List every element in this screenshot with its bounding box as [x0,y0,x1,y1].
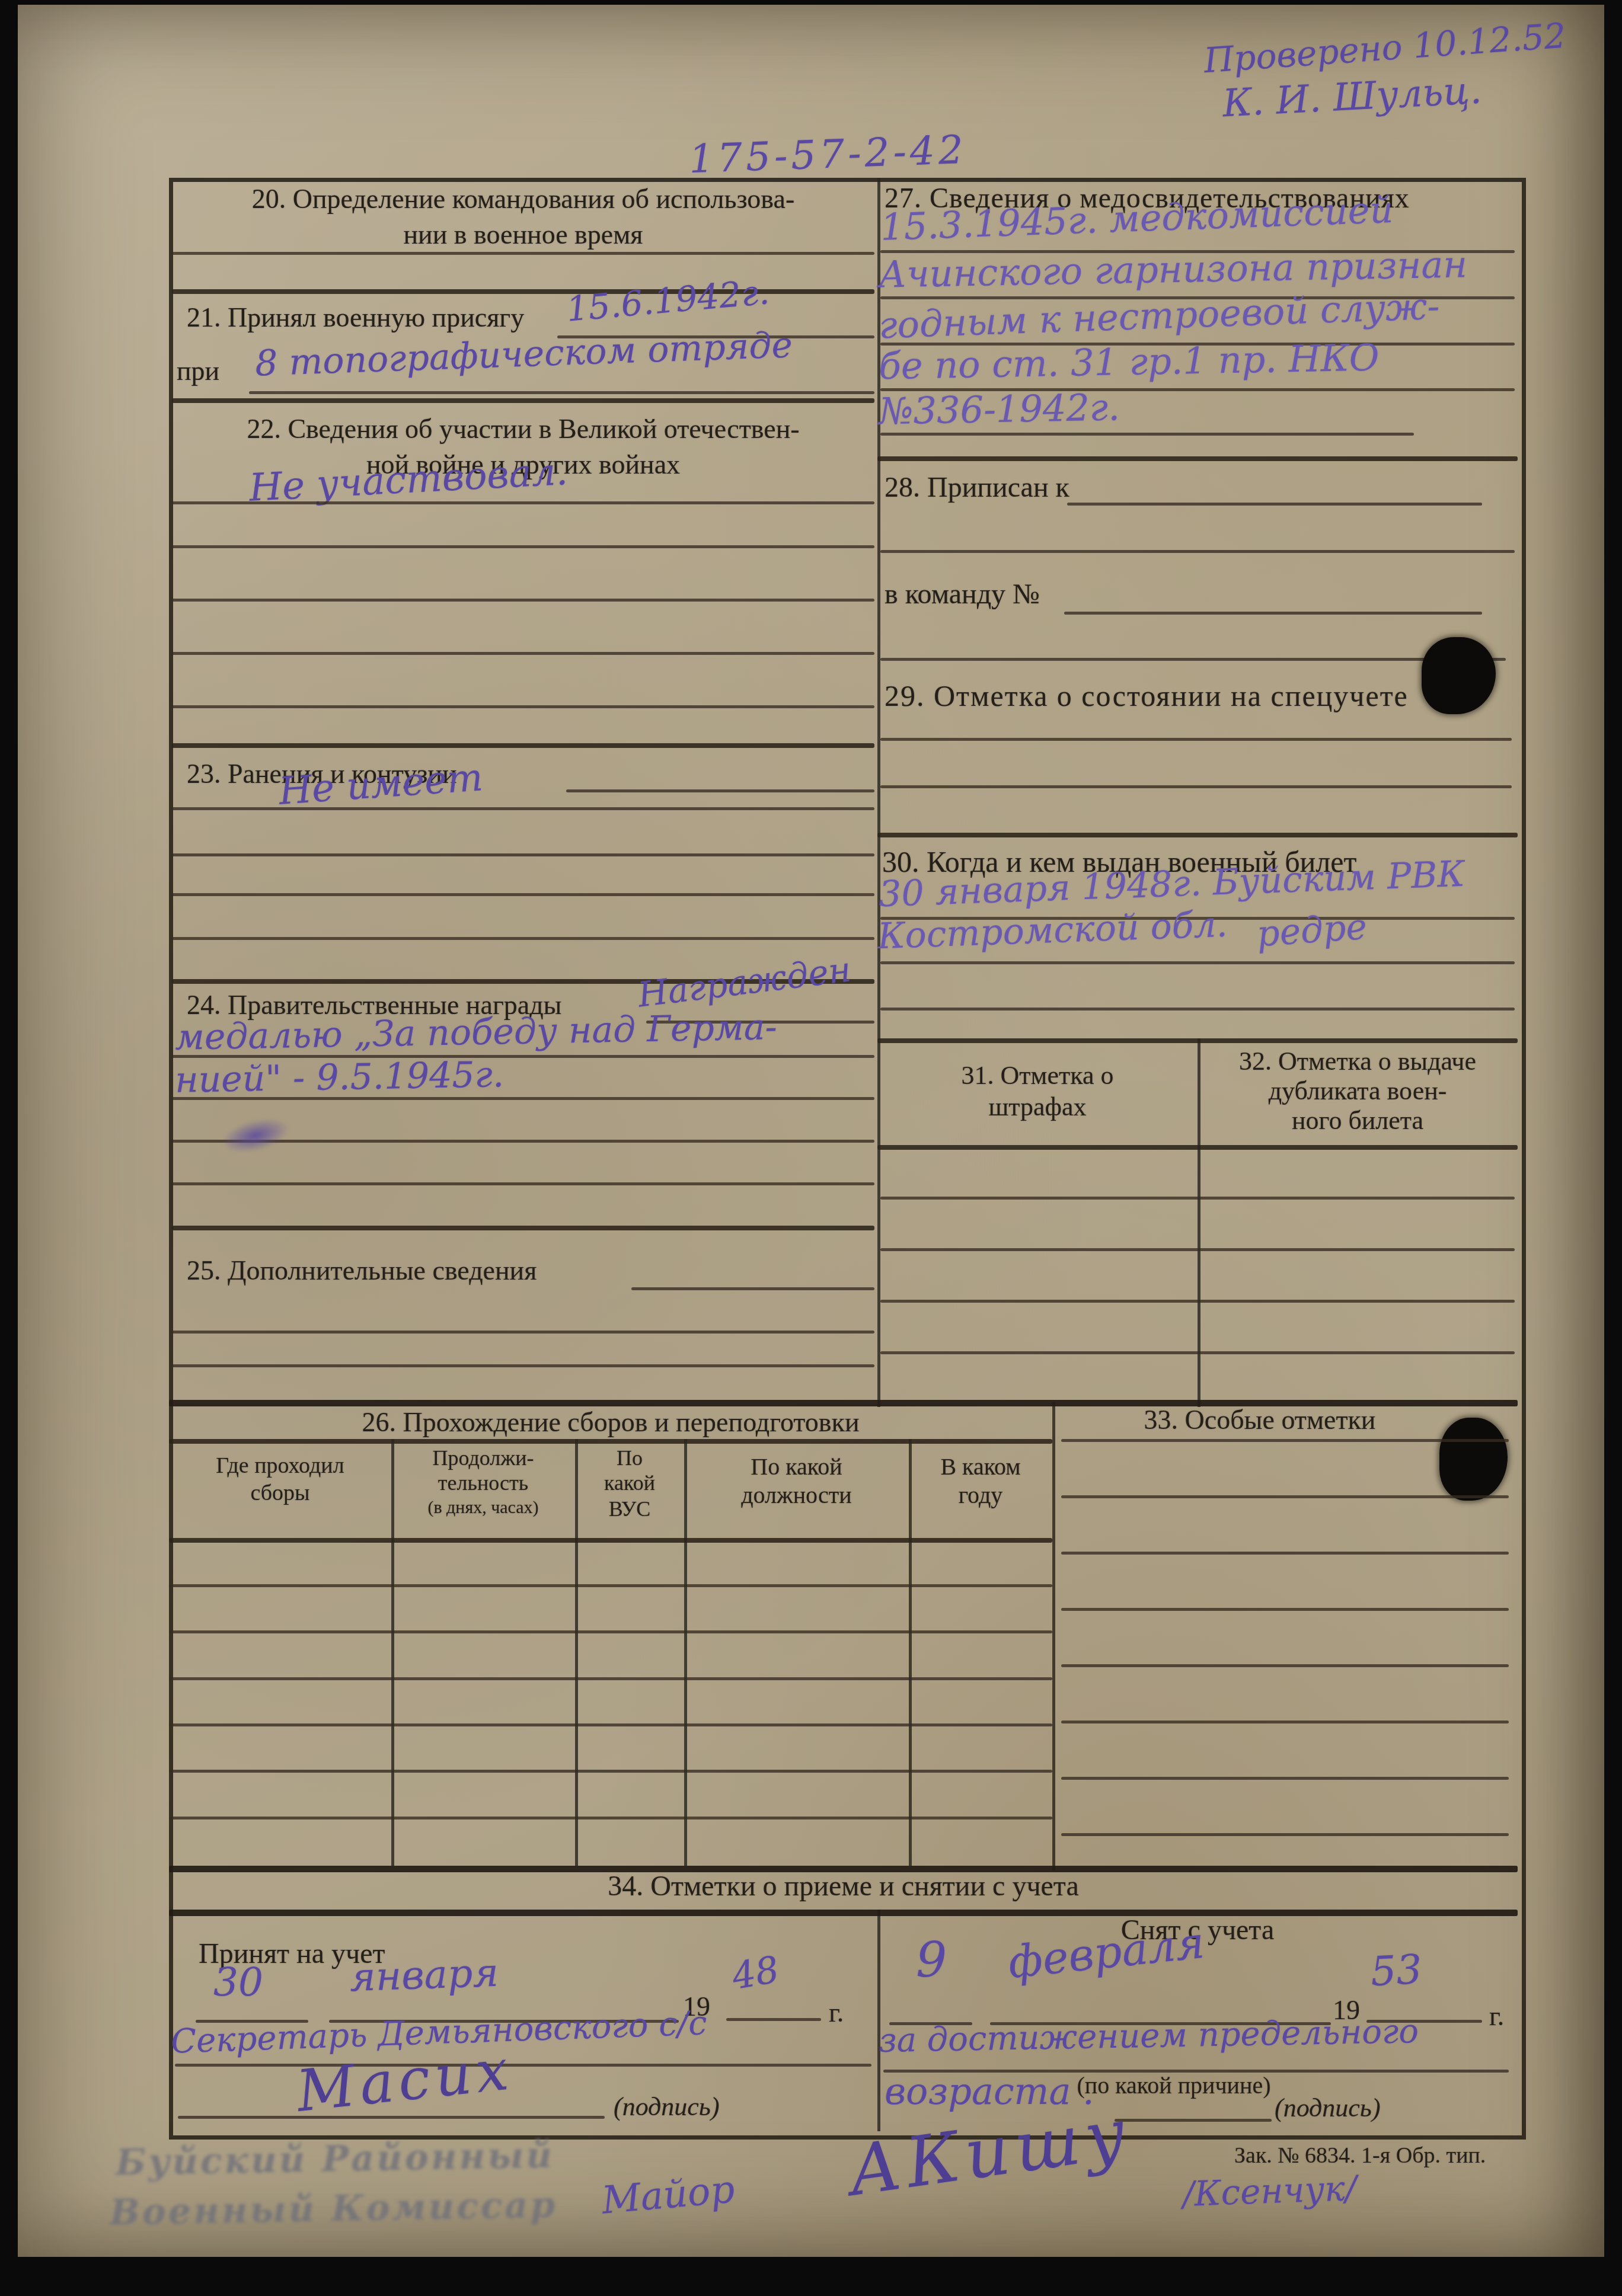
ruled-line [1061,1608,1509,1611]
registered-month-handwritten: января [349,1953,499,1998]
col-header-year-2: году [909,1483,1052,1508]
ruled-line [169,1439,1052,1444]
field-28-team-label: в команду № [885,580,1040,609]
ruled-line [249,391,874,394]
col-header-position-2: должности [684,1483,909,1508]
doc-number: 175-57-2-42 [688,130,968,179]
table-row-line [880,1300,1515,1303]
table-row-line [880,1248,1515,1251]
ruled-line [172,853,874,856]
ruled-line [172,743,874,748]
ruled-line [172,705,874,708]
ruled-line [172,1097,874,1100]
col-header-where: Где проходил [169,1454,391,1478]
field-20-title-2: нии в военное время [172,220,874,249]
table-row-line [169,1770,1052,1773]
field-24-handwritten-3: нией" - 9.5.1945г. [175,1057,505,1098]
ruled-line [880,658,1506,661]
paper: Проверено 10.12.52 К. И. Шульц. 175-57-2… [18,5,1604,2257]
table-row-line [880,1351,1515,1354]
field-30-handwritten-paraph: редре [1256,909,1368,952]
ruled-line [880,433,1414,436]
ruled-line [566,789,874,792]
rank-handwritten: Майор [601,2170,736,2220]
ruled-line [1064,612,1482,615]
registered-year-handwritten: 48 [729,1951,781,1996]
ruled-line [880,550,1515,553]
table-row-line [169,1723,1052,1726]
corner-note-line1: Проверено 10.12.52 [1203,18,1567,78]
ruled-line [172,1182,874,1185]
table-row-line [880,1197,1515,1200]
ruled-line [877,833,1518,837]
ruled-line [1061,1833,1509,1836]
ruled-line [172,599,874,602]
ruled-line [172,1364,874,1367]
ruled-line [877,1038,1518,1043]
field-32-title-2: дубликата воен- [1198,1077,1518,1105]
field-34-title: 34. Отметки о приеме и снятии с учета [169,1872,1518,1901]
secondary-signature: /Ксенчук/ [1182,2171,1357,2211]
ruled-line [172,652,874,655]
deregistered-podpis-label: (подпись) [1275,2094,1381,2122]
field-27-handwritten-4: бе по ст. 31 гр.1 пр. НКО [879,340,1380,385]
column-divider [1052,1402,1055,1870]
ruled-line [172,893,874,896]
col-header-year: В каком [909,1454,1052,1479]
table-row-line [169,1677,1052,1680]
field-32-title: 32. Отметка о выдаче [1198,1048,1518,1075]
commissariat-stamp-line1: Буйский Районный [115,2135,554,2184]
ruled-line [1061,1721,1509,1723]
field-22-title: 22. Сведения об участии в Великой отечес… [172,415,874,443]
ruled-line [172,501,874,504]
ruled-line [172,807,874,810]
deregistered-reason-handwritten-1: за достижением предельного [879,2015,1419,2058]
ruled-line [178,2116,605,2119]
col-header-duration: Продолжи- [391,1447,575,1470]
ruled-line [172,1226,874,1230]
col-header-duration-2: тельность [391,1472,575,1495]
ruled-line [877,456,1518,461]
ruled-line [1061,1777,1509,1780]
ruled-line [172,1331,874,1334]
col-header-vus-2: какой [575,1472,684,1495]
ruled-line [172,545,874,548]
ruled-line [1061,1664,1509,1667]
ruled-line [1115,2119,1272,2122]
registered-day-handwritten: 30 [213,1963,263,2002]
deregistered-day-handwritten: 9 [916,1937,947,1985]
ruled-line [175,2064,871,2067]
table-row-line [169,1817,1052,1819]
ruled-line [880,961,1515,964]
field-20-title: 20. Определение командования об использо… [172,185,874,213]
ruled-line [1061,1439,1509,1442]
field-26-title: 26. Прохождение сборов и переподготовки [169,1408,1052,1437]
col-header-position: По какой [684,1454,909,1479]
ruled-line [880,1008,1515,1011]
field-25-label: 25. Дополнительные сведения [187,1256,537,1285]
field-21-label: 21. Принял военную присягу [187,303,524,332]
ruled-line [726,2018,821,2021]
ruled-line [631,1287,874,1290]
col-header-duration-3: (в днях, часах) [391,1498,575,1517]
ruled-line [172,252,874,255]
table-row-line [169,1584,1052,1587]
col-header-vus-3: ВУС [575,1498,684,1521]
deregistered-year-suffix: г. [1489,2002,1504,2030]
commissariat-stamp-line2: Военный Комиссар [109,2184,557,2233]
field-21-at-label: при [177,357,219,385]
ruled-line [1061,1495,1509,1498]
field-28-label: 28. Приписан к [885,473,1069,503]
field-24-handwritten-2: медалью „За победу над Герма- [175,1009,778,1056]
ruled-line [172,937,874,940]
ruled-line [880,785,1512,788]
field-31-title: 31. Отметка о [877,1062,1198,1089]
col-header-where-2: сборы [169,1482,391,1505]
print-shop-note: Зак. № 6834. 1-я Обр. тип. [1234,2144,1486,2168]
field-27-handwritten-5: №336-1942г. [878,389,1120,430]
ruled-line [169,1538,1052,1543]
col-header-vus: По [575,1447,684,1470]
ruled-line [1067,503,1482,506]
field-29-title: 29. Отметка о состоянии на спецучете [885,680,1409,712]
ruled-line [1061,1552,1509,1555]
table-row-line [169,1630,1052,1633]
ruled-line [877,1145,1518,1150]
ruled-line [172,398,874,403]
corner-note-line2: К. И. Шульц. [1222,72,1483,123]
scanned-military-card-page: Проверено 10.12.52 К. И. Шульц. 175-57-2… [0,0,1622,2296]
registered-year-suffix: г. [829,1998,844,2027]
field-31-title-2: штрафах [877,1093,1198,1121]
registered-podpis-label: (подпись) [614,2093,720,2121]
deregistered-year-handwritten: 53 [1369,1950,1423,1993]
field-32-title-3: ного билета [1198,1107,1518,1134]
ruled-line [880,738,1512,741]
field-33-title: 33. Особые отметки [1052,1406,1467,1434]
